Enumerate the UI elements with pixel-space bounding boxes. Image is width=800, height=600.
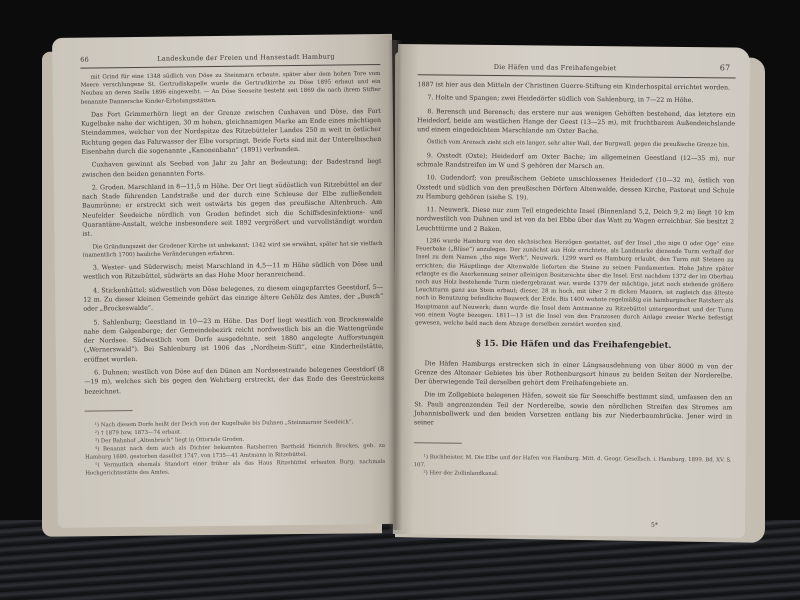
footnote-rule (85, 410, 133, 412)
running-head: Landeskunde der Freien und Hansestadt Ha… (157, 53, 335, 63)
page-number: 67 (720, 63, 731, 72)
open-book: 66 Landeskunde der Freien und Hansestadt… (0, 0, 800, 600)
paragraph: 1887 ist hier aus den Mitteln der Christ… (418, 80, 736, 93)
head-rule (80, 64, 380, 69)
footnote: ⁵) Vermutlich ehemals Standort einer frü… (85, 458, 385, 478)
paragraph: Die im Zollgebiete belegenen Häfen, sowe… (414, 391, 732, 432)
right-page: Die Häfen und das Freihafengebiet 67 188… (393, 44, 750, 538)
paragraph: 9. Oxstedt (Oxte); Heidedorf am Oxter Ba… (417, 151, 735, 173)
paragraph: 7. Holte und Spangen; zwei Heidedörfer s… (417, 94, 735, 107)
section-heading: § 15. Die Häfen und das Freihafengebiet. (415, 339, 733, 352)
paragraph: Die Gründungszeit der Grodener Kirche is… (83, 240, 383, 260)
footnote-rule (414, 442, 462, 444)
page-number: 66 (80, 56, 89, 64)
paragraph: Cuxhaven gewinnt als Seebad von Jahr zu … (82, 157, 382, 179)
paragraph: 11. Neuwerk. Diese nur zum Teil eingedei… (416, 205, 734, 236)
left-page: 66 Landeskunde der Freien und Hansestadt… (52, 34, 398, 528)
paragraph: 5. Sahlenburg; Geestland in 10—23 m Höhe… (83, 315, 384, 365)
running-head: Die Häfen und das Freihafengebiet (494, 63, 617, 72)
paragraph: Östlich vom Arensch zieht sich ein lange… (417, 139, 735, 151)
paragraph: Das Fort Grimmerhörn liegt an der Grenze… (81, 107, 382, 157)
left-footnotes: ¹) Nach diesem Dorfe heißt der Deich von… (85, 418, 386, 478)
paragraph: 1286 wurde Hamburg von den sächsischen H… (415, 237, 734, 331)
right-footnotes: ¹) Buchheister, M. Die Elbe und der Hafe… (413, 453, 731, 480)
paragraph: mit Grind für eine 1348 südlich von Döse… (80, 70, 380, 106)
right-paragraphs-before-section: 1887 ist hier aus den Mitteln der Christ… (415, 80, 736, 331)
right-paragraphs-after-section: Die Häfen Hamburgs erstrecken sich in ei… (414, 359, 733, 431)
paragraph: 4. Stickenbüttel; südwestlich von Döse b… (83, 283, 383, 315)
right-body-text: 1887 ist hier aus den Mitteln der Christ… (413, 80, 735, 480)
left-paragraphs: mit Grind für eine 1348 südlich von Döse… (80, 70, 384, 397)
signature-mark: 5* (651, 522, 658, 529)
head-rule (418, 74, 736, 78)
paragraph: 3. Wester- und Süderwisch; meist Marschl… (83, 260, 383, 282)
paragraph: 2. Groden. Marschland in 8—11,5 m Höhe. … (82, 180, 383, 239)
left-body-text: mit Grind für eine 1348 südlich von Döse… (80, 70, 385, 478)
paragraph: 8. Berensch und Berensch; das erstere nu… (417, 107, 735, 138)
paragraph: Die Häfen Hamburgs erstrecken sich in ei… (414, 359, 732, 390)
paragraph: 10. Gudendorf; von preußischem Gebiete u… (416, 173, 734, 204)
book-gutter (388, 40, 402, 530)
paragraph: 6. Duhnen; westlich von Döse auf den Dün… (84, 365, 384, 397)
